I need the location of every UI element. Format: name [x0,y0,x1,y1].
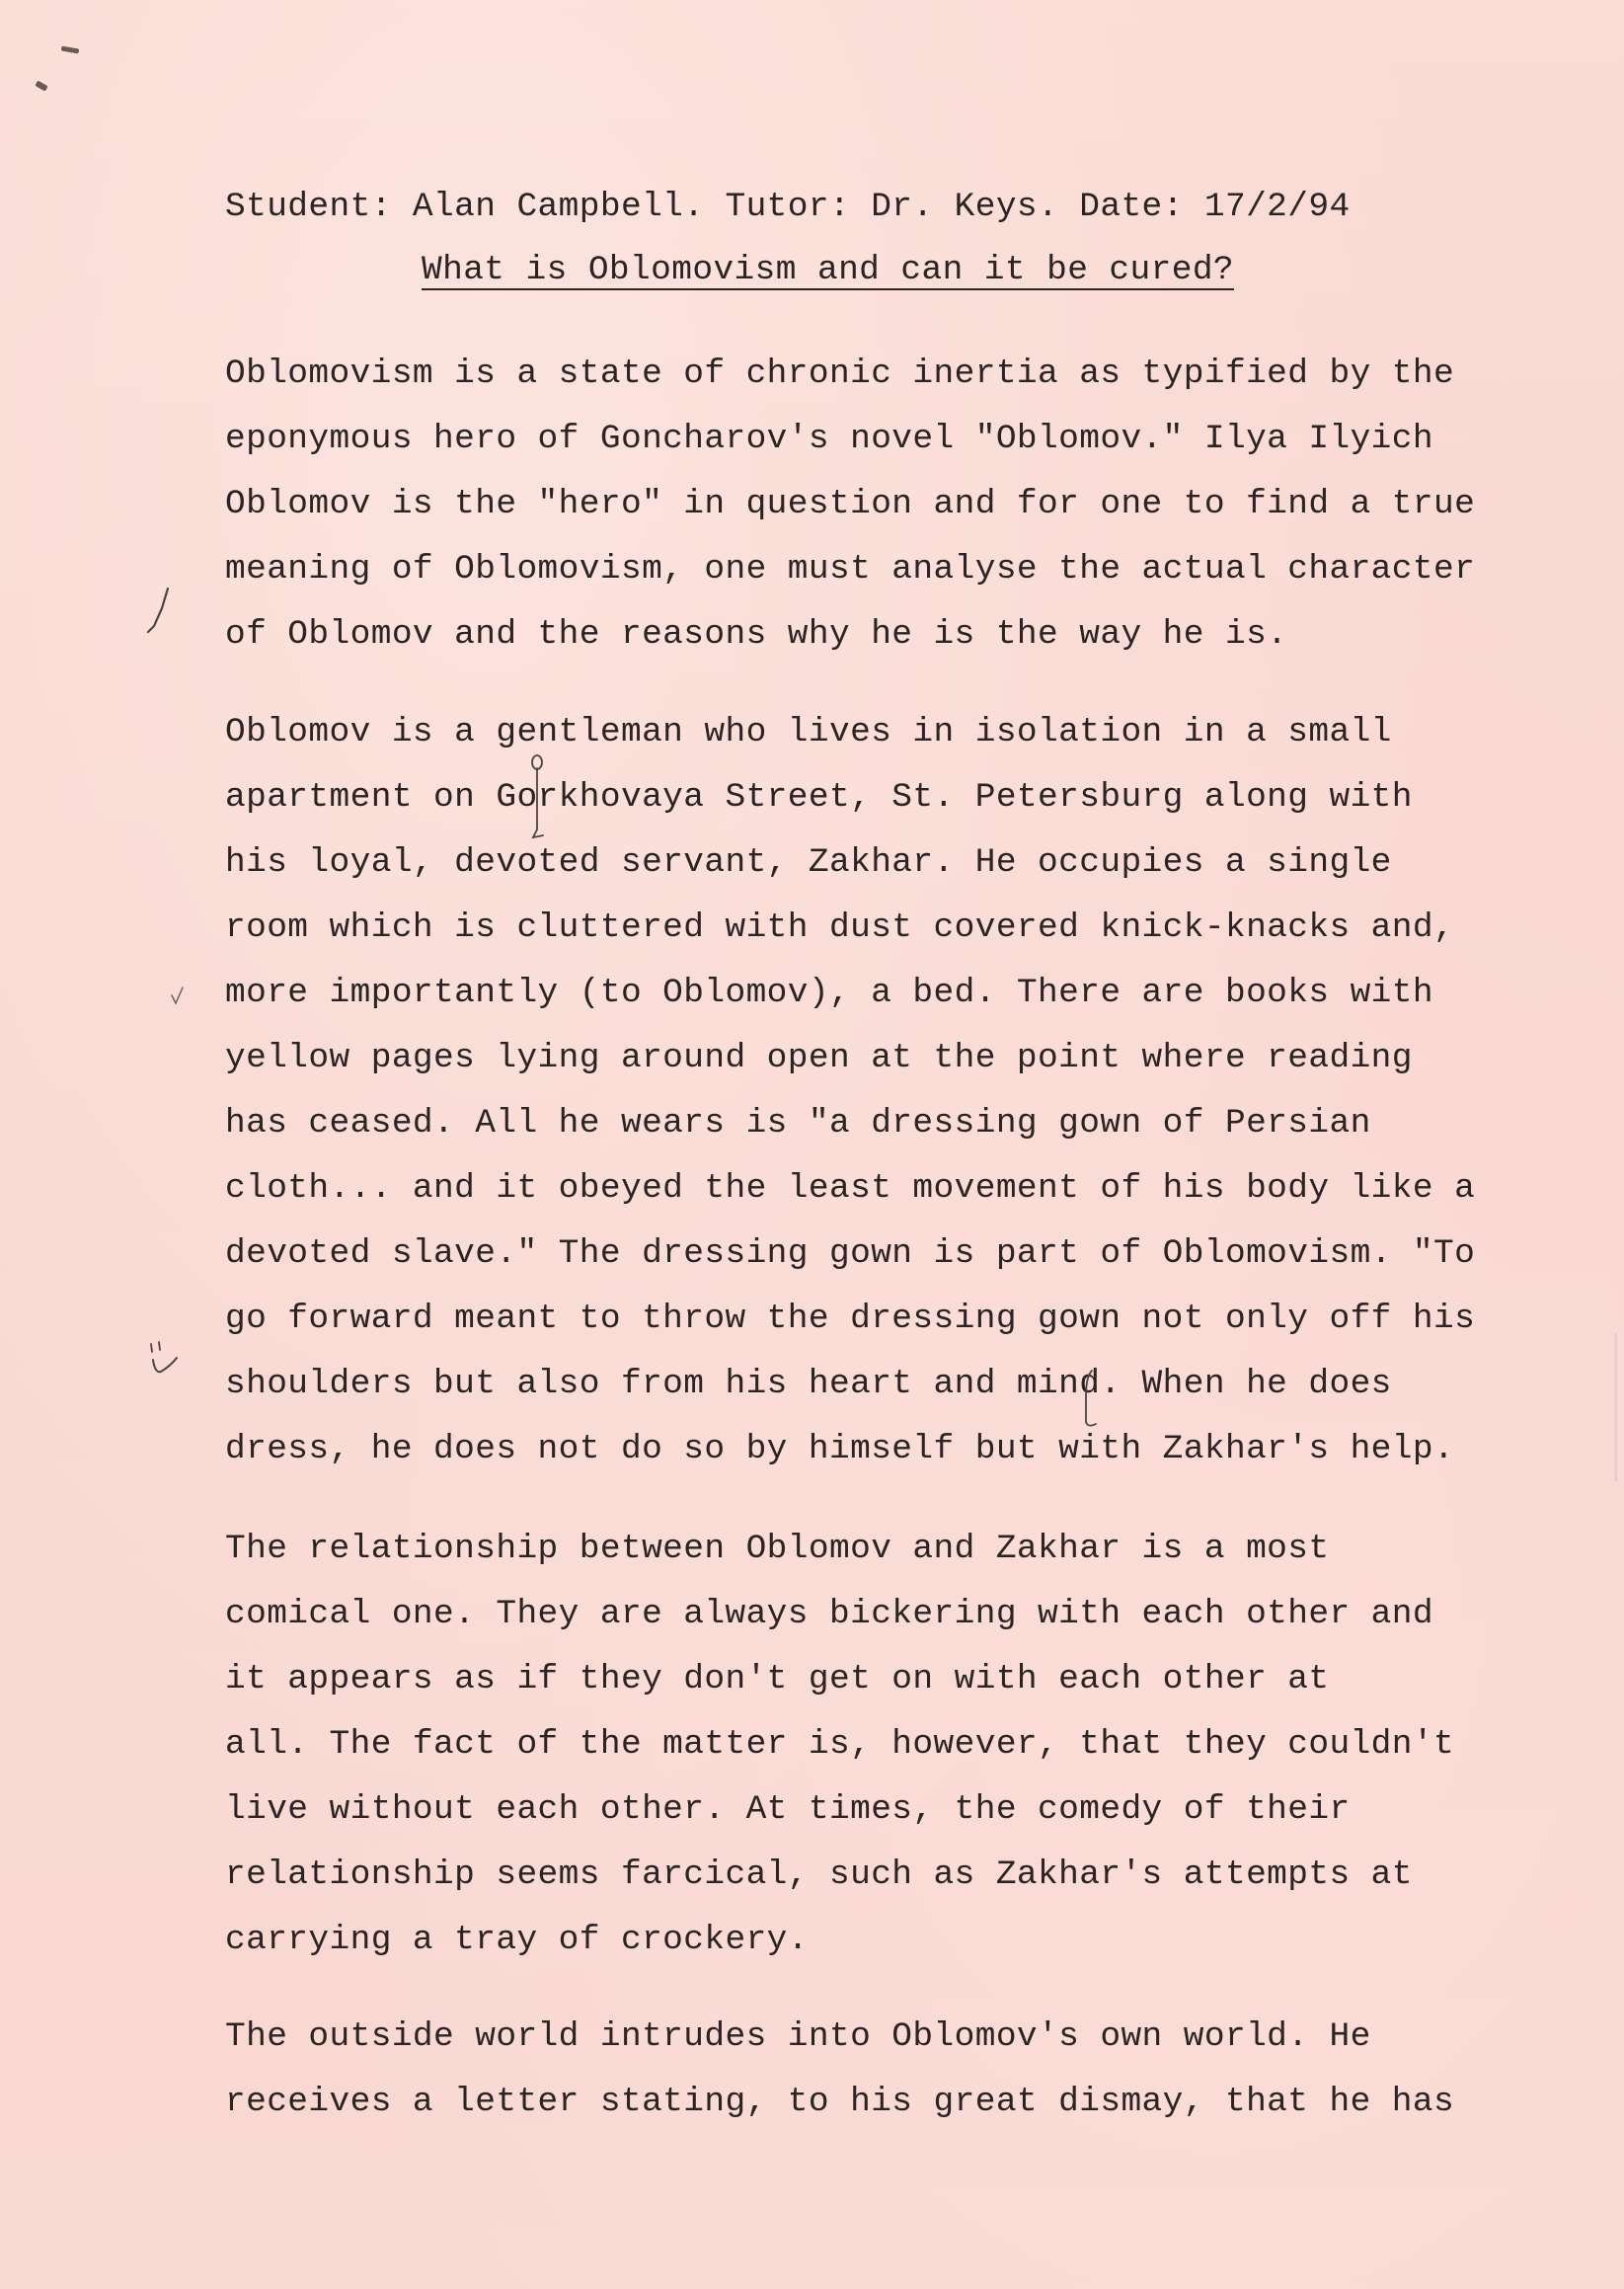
text-line: room which is cluttered with dust covere… [225,896,1475,961]
tick-mark-icon [138,583,178,637]
paragraph-break-mark-icon [1078,1367,1100,1432]
text-line: has ceased. All he wears is "a dressing … [225,1091,1475,1156]
text-line: carrying a tray of crockery. [225,1908,1454,1973]
paragraph-1: Oblomovism is a state of chronic inertia… [225,342,1475,668]
text-line: dress, he does not do so by himself but … [225,1417,1475,1482]
text-line: relationship seems farcical, such as Zak… [225,1843,1454,1908]
text-line: go forward meant to throw the dressing g… [225,1287,1475,1352]
text-line: Oblomov is the "hero" in question and fo… [225,472,1475,537]
paragraph-2: Oblomov is a gentleman who lives in isol… [225,700,1475,1482]
text-line: all. The fact of the matter is, however,… [225,1712,1454,1777]
paragraph-4: The outside world intrudes into Oblomov'… [225,2005,1454,2135]
text-line: it appears as if they don't get on with … [225,1647,1454,1712]
text-line: more importantly (to Oblomov), a bed. Th… [225,961,1475,1026]
document-title: What is Oblomovism and can it be cured? [422,253,1234,290]
paragraph-3: The relationship between Oblomov and Zak… [225,1517,1454,1973]
insert-correction-icon [521,754,551,845]
text-line: live without each other. At times, the c… [225,1777,1454,1843]
text-line: of Oblomov and the reasons why he is the… [225,602,1475,668]
document-header: Student: Alan Campbell. Tutor: Dr. Keys.… [225,188,1351,227]
text-line: yellow pages lying around open at the po… [225,1026,1475,1091]
text-line: eponymous hero of Goncharov's novel "Obl… [225,407,1475,472]
text-line: devoted slave." The dressing gown is par… [225,1222,1475,1287]
text-line: receives a letter stating, to his great … [225,2070,1454,2135]
page-edge-shadow [1613,1333,1617,1481]
text-line: shoulders but also from his heart and mi… [225,1352,1475,1417]
text-line: The relationship between Oblomov and Zak… [225,1517,1454,1582]
text-line: Oblomovism is a state of chronic inertia… [225,342,1475,407]
text-line: apartment on Gorkhovaya Street, St. Pete… [225,765,1475,830]
text-line: The outside world intrudes into Oblomov'… [225,2005,1454,2070]
check-mark-icon [143,1338,183,1387]
text-line: cloth... and it obeyed the least movemen… [225,1156,1475,1222]
check-mark-icon [168,984,188,1007]
text-line: his loyal, devoted servant, Zakhar. He o… [225,830,1475,896]
text-line: meaning of Oblomovism, one must analyse … [225,537,1475,602]
text-line: comical one. They are always bickering w… [225,1582,1454,1647]
text-line: Oblomov is a gentleman who lives in isol… [225,700,1475,765]
